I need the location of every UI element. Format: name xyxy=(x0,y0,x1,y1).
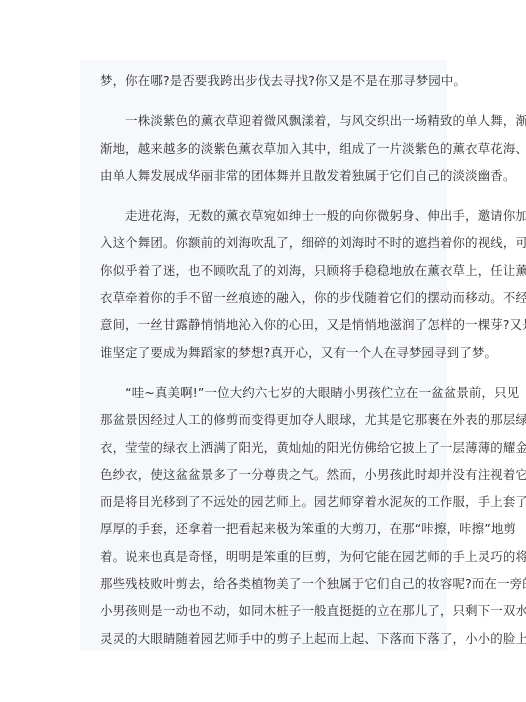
text-line: 那些残枝败叶剪去，给各类植物美了一个独属于它们自己的妆容呢?而在一旁的 xyxy=(100,570,438,597)
text-line: “哇~真美啊!”一位大约六七岁的大眼睛小男孩伫立在一盆盆景前，只见 xyxy=(100,379,438,406)
paragraph-1: 梦，你在哪?是否要我跨出步伐去寻找?你又是不是在那寻梦园中。 xyxy=(100,60,438,94)
text-line: 灵灵的大眼睛随着园艺师手中的剪子上起而上起、下落而下落了，小小的脸上 xyxy=(100,625,438,652)
text-line: 厚厚的手套，还拿着一把看起来极为笨重的大剪刀，在那“咔擦，咔擦”地剪 xyxy=(100,515,438,542)
text-line: 那盆景因经过人工的修剪而变得更加夺人眼球，尤其是它那裹在外表的那层绿 xyxy=(100,406,438,433)
text-line: 色纱衣，使这盆盆景多了一分尊贵之气。然而，小男孩此时却并没有注视着它， xyxy=(100,461,438,488)
text-line: 衣，莹莹的绿衣上洒满了阳光，黄灿灿的阳光仿佛给它披上了一层薄薄的耀金 xyxy=(100,434,438,461)
text-line: 意间，一丝甘露静悄悄地沁入你的心田，又是悄悄地滋润了怎样的一棵芽?又是 xyxy=(100,311,438,338)
document-page: 梦，你在哪?是否要我跨出步伐去寻找?你又是不是在那寻梦园中。 一株淡紫色的薰衣草… xyxy=(80,60,447,651)
text-line: 你似乎着了迷，也不顾吹乱了的刘海，只顾将手稳稳地放在薰衣草上，任让薰 xyxy=(100,257,438,284)
text-line: 走进花海，无数的薰衣草宛如绅士一般的向你微躬身、伸出手，邀请你加 xyxy=(100,202,438,229)
text-line: 谁坚定了要成为舞蹈家的梦想?真开心，又有一个人在寻梦园寻到了梦。 xyxy=(100,339,438,366)
text-line: 一株淡紫色的薰衣草迎着微风飘漾着，与风交织出一场精致的单人舞，渐 xyxy=(100,107,438,134)
text-line: 而是将目光移到了不远处的园艺师上。园艺师穿着水泥灰的工作服，手上套了 xyxy=(100,488,438,515)
text-line: 着。说来也真是奇怪，明明是笨重的巨剪，为何它能在园艺师的手上灵巧的将 xyxy=(100,543,438,570)
text-line: 入这个舞团。你额前的刘海吹乱了，细碎的刘海时不时的遮挡着你的视线，可 xyxy=(100,229,438,256)
paragraph-4: “哇~真美啊!”一位大约六七岁的大眼睛小男孩伫立在一盆盆景前，只见 那盆景因经过… xyxy=(100,379,438,652)
text-line: 由单人舞发展成华丽非常的团体舞并且散发着独属于它们自己的淡淡幽香。 xyxy=(100,162,438,189)
text-line: 梦，你在哪?是否要我跨出步伐去寻找?你又是不是在那寻梦园中。 xyxy=(100,67,438,94)
text-line: 衣草牵着你的手不留一丝痕迹的融入，你的步伐随着它们的摆动而移动。不经 xyxy=(100,284,438,311)
paragraph-gap xyxy=(100,189,438,202)
text-line: 小男孩则是一动也不动，如同木桩子一般直挺挺的立在那儿了，只剩下一双水 xyxy=(100,597,438,624)
paragraph-3: 走进花海，无数的薰衣草宛如绅士一般的向你微躬身、伸出手，邀请你加 入这个舞团。你… xyxy=(100,202,438,366)
paragraph-gap xyxy=(100,94,438,107)
paragraph-2: 一株淡紫色的薰衣草迎着微风飘漾着，与风交织出一场精致的单人舞，渐 渐地，越来越多… xyxy=(100,107,438,189)
text-line: 渐地，越来越多的淡紫色薰衣草加入其中，组成了一片淡紫色的薰衣草花海、 xyxy=(100,135,438,162)
document-content: 梦，你在哪?是否要我跨出步伐去寻找?你又是不是在那寻梦园中。 一株淡紫色的薰衣草… xyxy=(100,60,438,652)
paragraph-gap xyxy=(100,366,438,379)
